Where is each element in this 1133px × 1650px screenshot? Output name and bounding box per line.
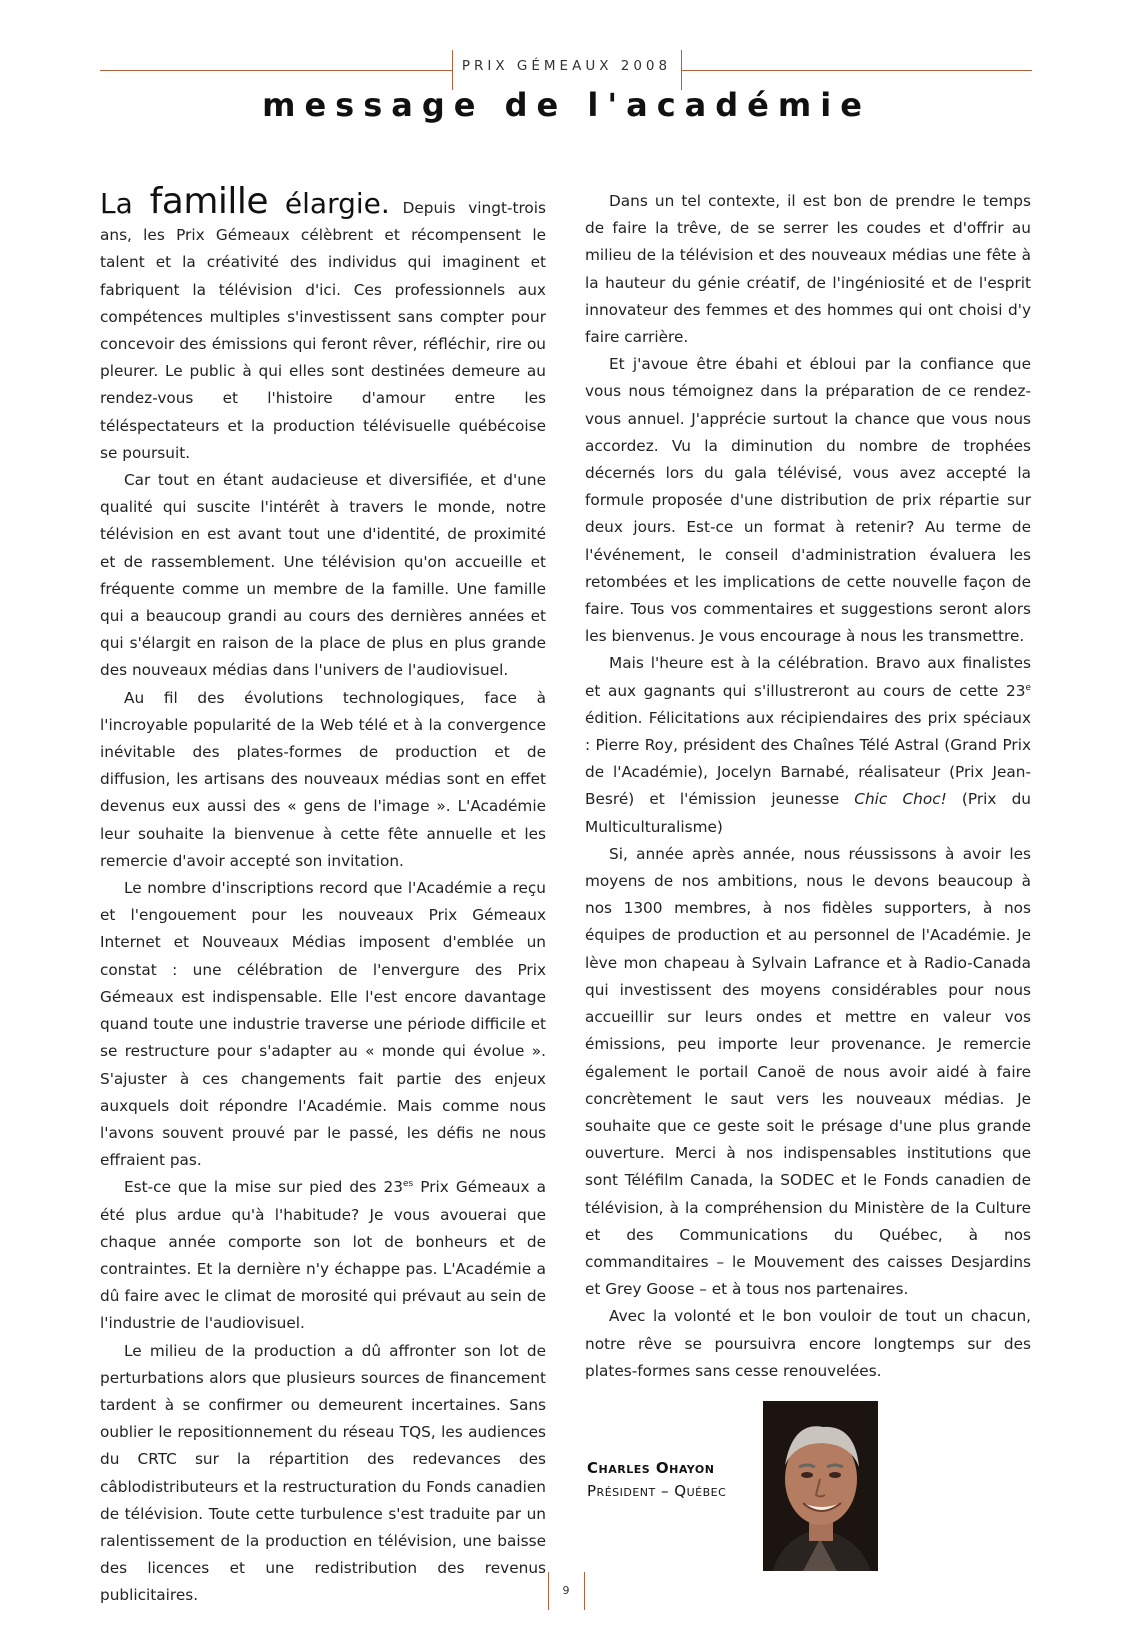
body-paragraph: Au fil des évolutions technologiques, fa… xyxy=(100,685,546,875)
superscript: e xyxy=(1025,683,1031,693)
body-paragraph: Le milieu de la production a dû affronte… xyxy=(100,1338,546,1610)
text-run: Mais l'heure est à la célébration. Bravo… xyxy=(585,654,1031,699)
header-rule-left xyxy=(100,70,452,71)
footer-divider-right xyxy=(584,1572,585,1610)
body-paragraph: Avec la volonté et le bon vouloir de tou… xyxy=(585,1303,1031,1385)
article-column-left: La famille élargie. Depuis vingt-trois a… xyxy=(100,188,546,1610)
body-paragraph: Le nombre d'inscriptions record que l'Ac… xyxy=(100,875,546,1174)
text-run: Prix Gémeaux a été plus ardue qu'à l'hab… xyxy=(100,1178,546,1332)
header-rule-right xyxy=(681,70,1032,71)
superscript: es xyxy=(403,1179,413,1189)
show-title: Chic Choc! xyxy=(854,790,946,808)
lead-heading-famille: famille xyxy=(150,181,268,222)
body-paragraph-celebration: Mais l'heure est à la célébration. Bravo… xyxy=(585,650,1031,840)
body-paragraph: Si, année après année, nous réussissons … xyxy=(585,841,1031,1303)
text-run: Est-ce que la mise sur pied des 23 xyxy=(124,1178,403,1196)
body-paragraph: Dans un tel contexte, il est bon de pren… xyxy=(585,188,1031,351)
lead-heading-la: La xyxy=(100,187,150,220)
signature-name: Charles Ohayon xyxy=(587,1457,726,1480)
publication-kicker: PRIX GÉMEAUX 2008 xyxy=(452,58,681,74)
lead-body: Depuis vingt-trois ans, les Prix Gémeaux… xyxy=(100,199,546,462)
signature-role: Président – Québec xyxy=(587,1480,726,1503)
body-paragraph: Et j'avoue être ébahi et ébloui par la c… xyxy=(585,351,1031,650)
lead-heading-elargie: élargie. xyxy=(268,187,390,220)
body-paragraph: Car tout en étant audacieuse et diversif… xyxy=(100,467,546,685)
author-portrait-photo xyxy=(763,1401,878,1571)
page-number: 9 xyxy=(548,1584,584,1597)
article-column-right: Dans un tel contexte, il est bon de pren… xyxy=(585,188,1031,1385)
signature-block: Charles Ohayon Président – Québec xyxy=(587,1457,726,1503)
portrait-illustration xyxy=(763,1401,878,1571)
page-title: message de l'académie xyxy=(0,86,1133,124)
body-paragraph-23es: Est-ce que la mise sur pied des 23es Pri… xyxy=(100,1174,546,1337)
lead-paragraph: La famille élargie. Depuis vingt-trois a… xyxy=(100,188,546,467)
